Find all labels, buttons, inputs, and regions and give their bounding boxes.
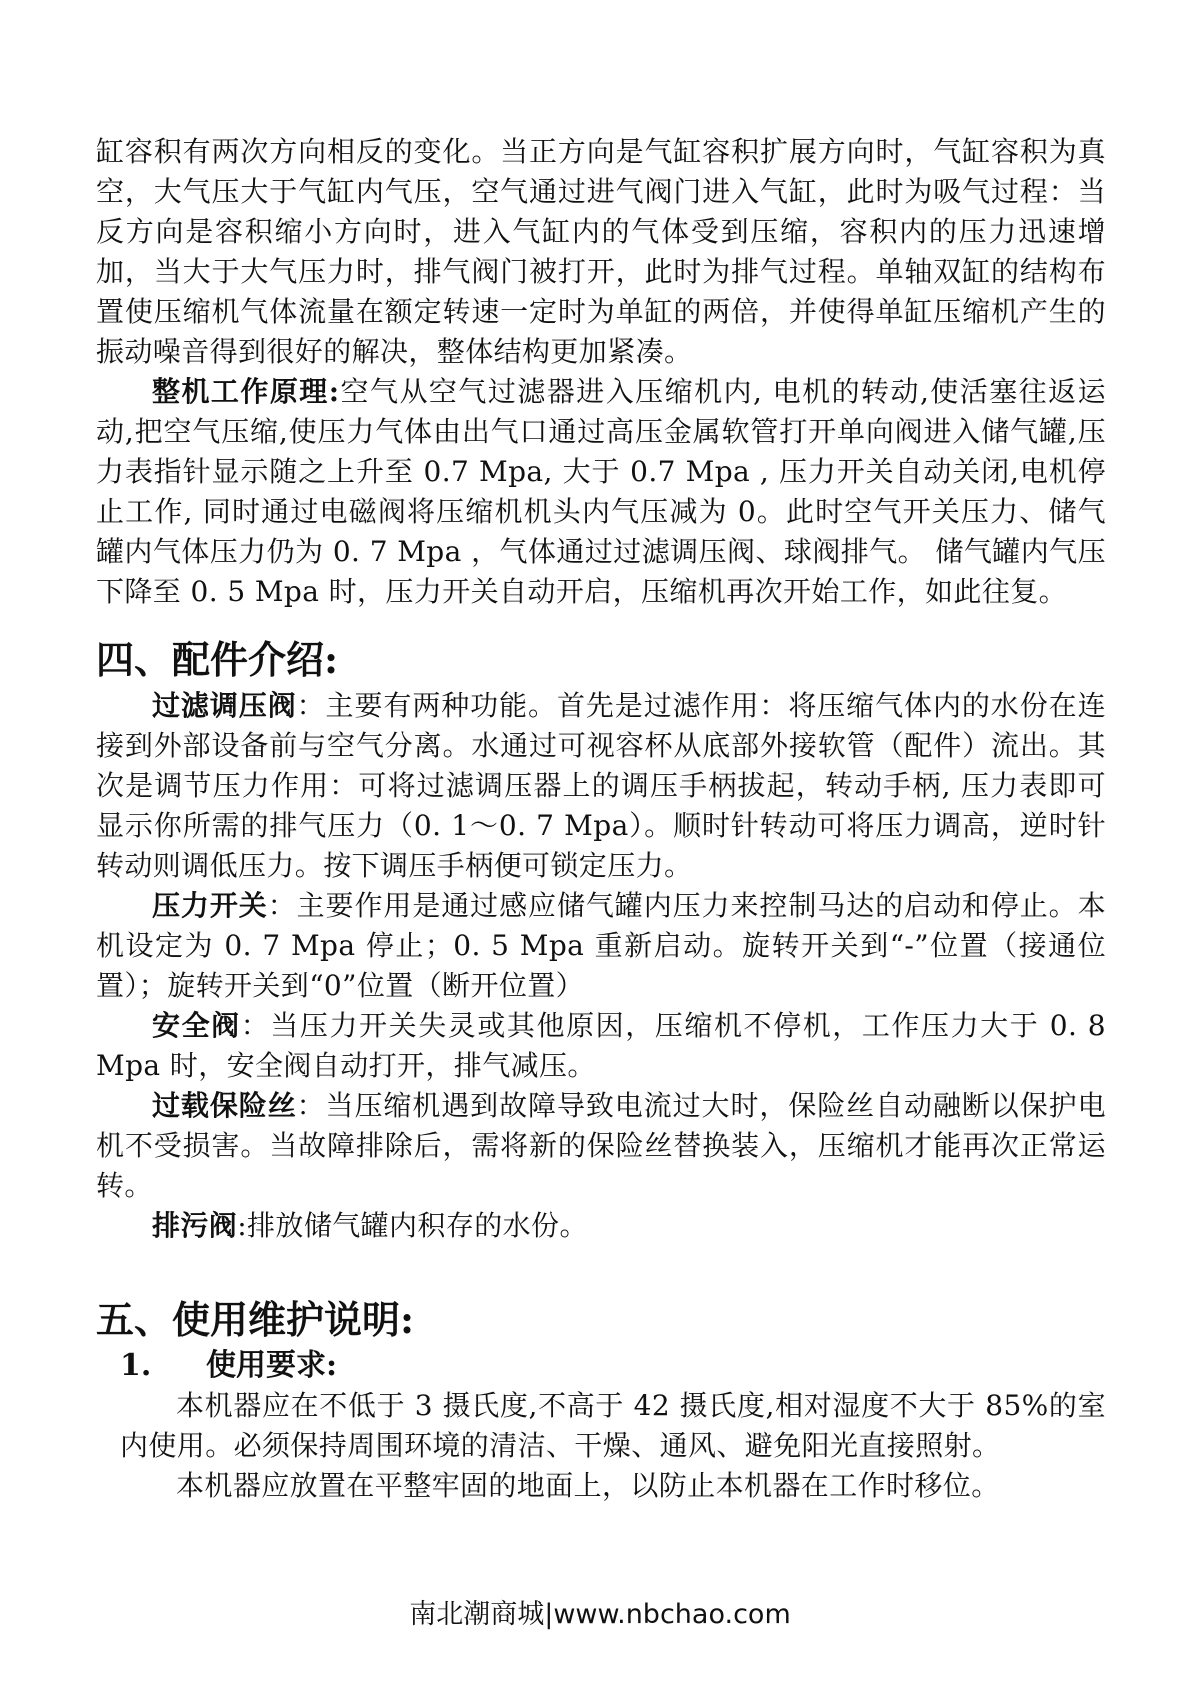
spacer: [96, 1246, 1106, 1272]
accessory-drain-valve: 排污阀:排放储气罐内积存的水份。: [96, 1206, 1106, 1246]
working-principle-label: 整机工作原理:: [152, 375, 340, 408]
subsection-title: 使用要求:: [206, 1348, 337, 1383]
usage-paragraph: 本机器应放置在平整牢固的地面上，以防止本机器在工作时移位。: [96, 1466, 1106, 1506]
document-page: 缸容积有两次方向相反的变化。当正方向是气缸容积扩展方向时，气缸容积为真空，大气压…: [96, 132, 1106, 1506]
accessory-label: 压力开关: [152, 889, 268, 922]
accessory-label: 安全阀: [152, 1009, 241, 1042]
accessory-label: 过载保险丝: [152, 1089, 297, 1122]
working-principle-paragraph: 整机工作原理:空气从空气过滤器进入压缩机内, 电机的转动,使活塞往返运动,把空气…: [96, 372, 1106, 612]
working-principle-text: 空气从空气过滤器进入压缩机内, 电机的转动,使活塞往返运动,把空气压缩,使压力气…: [96, 375, 1106, 608]
subsection-1-heading: 1.使用要求:: [120, 1346, 1106, 1386]
footer-watermark: 南北潮商城|www.nbchao.com: [0, 1592, 1200, 1631]
accessory-filter-regulator: 过滤调压阀：主要有两种功能。首先是过滤作用：将压缩气体内的水份在连接到外部设备前…: [96, 686, 1106, 886]
section-4-heading: 四、配件介绍:: [96, 634, 1106, 686]
accessory-label: 过滤调压阀: [152, 689, 297, 722]
accessory-pressure-switch: 压力开关：主要作用是通过感应储气罐内压力来控制马达的启动和停止。本机设定为 0.…: [96, 886, 1106, 1006]
accessory-safety-valve: 安全阀：当压力开关失灵或其他原因，压缩机不停机，工作压力大于 0. 8 Mpa …: [96, 1006, 1106, 1086]
accessory-label: 排污阀: [152, 1209, 237, 1242]
usage-paragraph: 本机器应在不低于 3 摄氏度,不高于 42 摄氏度,相对湿度不大于 85%的室内…: [96, 1386, 1106, 1466]
section-5-heading: 五、使用维护说明:: [96, 1294, 1106, 1346]
accessory-overload-fuse: 过载保险丝：当压缩机遇到故障导致电流过大时，保险丝自动融断以保护电机不受损害。当…: [96, 1086, 1106, 1206]
accessory-text: ：当压力开关失灵或其他原因，压缩机不停机，工作压力大于 0. 8 Mpa 时，安…: [96, 1009, 1106, 1082]
intro-paragraph: 缸容积有两次方向相反的变化。当正方向是气缸容积扩展方向时，气缸容积为真空，大气压…: [96, 132, 1106, 372]
accessory-text: :排放储气罐内积存的水份。: [237, 1209, 588, 1242]
usage-requirements: 本机器应在不低于 3 摄氏度,不高于 42 摄氏度,相对湿度不大于 85%的室内…: [96, 1386, 1106, 1506]
subsection-number: 1.: [120, 1346, 206, 1386]
